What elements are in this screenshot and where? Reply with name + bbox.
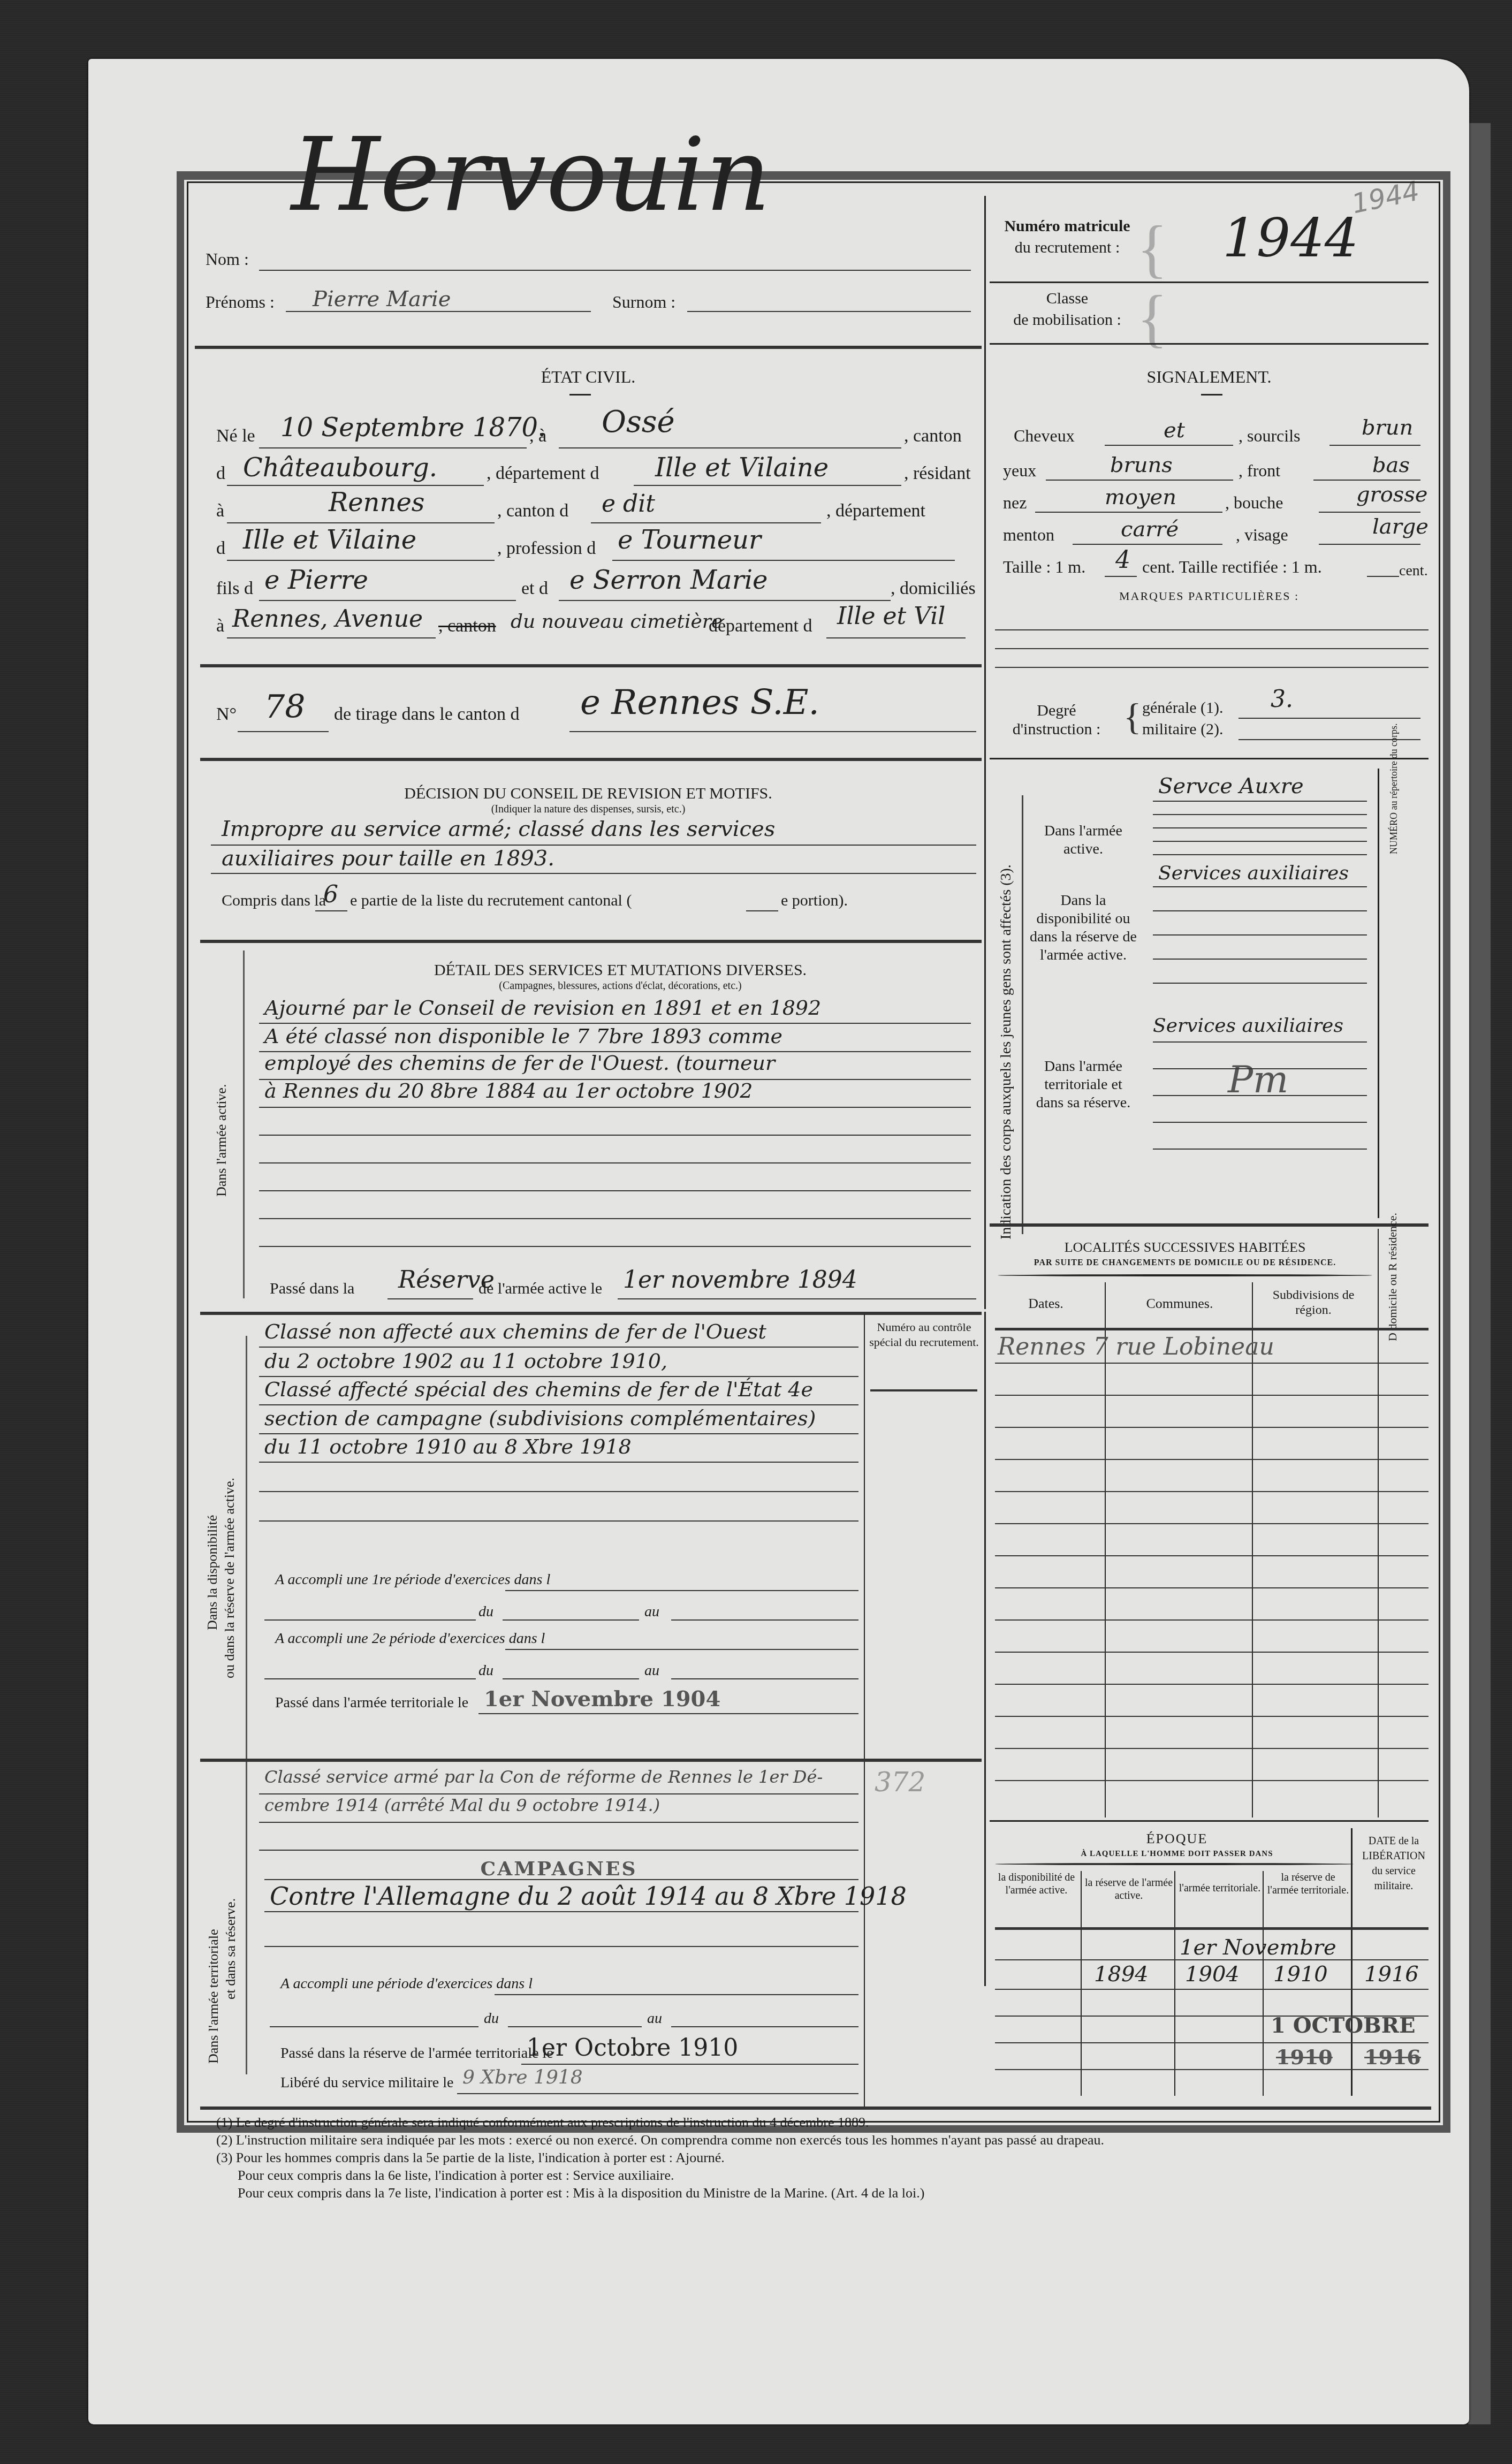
marques-line-2 <box>995 648 1429 649</box>
generale-value: 3. <box>1271 686 1293 713</box>
services-rule-8 <box>259 1218 971 1219</box>
aff-dispo-line-2 <box>1153 910 1367 911</box>
localites-header-rule <box>995 1328 1429 1330</box>
passe-reserve-date: 1er novembre 1894 <box>623 1266 857 1294</box>
affectation-side-brace <box>1022 795 1023 1234</box>
dispo-rule-2 <box>259 1376 858 1377</box>
nez-label: nez <box>1003 493 1027 513</box>
epoque-stamp-octobre: 1 OCTOBRE <box>1271 2013 1416 2038</box>
localites-row-rule-2 <box>995 1395 1429 1396</box>
canton3-label-struck: , canton <box>438 616 496 636</box>
instruction-brace: { <box>1123 696 1142 739</box>
column-divider <box>984 196 986 1309</box>
aff-dispo-line-5 <box>1153 983 1367 984</box>
territoriale-periode-label: A accompli une période d'exercices dans … <box>280 1975 533 1993</box>
a-label: , à <box>529 426 546 446</box>
father-value: e Pierre <box>264 565 368 595</box>
campagnes-title: CAMPAGNES <box>259 1858 858 1880</box>
epoque-value-territoriale: 1904 <box>1185 1962 1240 1987</box>
affectation-disponibilite-label: Dans la disponibilité ou dans la réserve… <box>1030 892 1137 964</box>
affectation-divider <box>990 1223 1429 1227</box>
front-value: bas <box>1372 453 1410 477</box>
surnom-underline <box>687 311 971 312</box>
affectation-active-label: Dans l'armée active. <box>1030 822 1137 858</box>
footnote-3: (3) Pour les hommes compris dans la 5e p… <box>216 2150 725 2166</box>
canton2-underline <box>591 522 821 523</box>
localites-row-rule-8 <box>995 1587 1429 1588</box>
services-subtitle: (Campagnes, blessures, actions d'éclat, … <box>259 980 982 992</box>
campagne-line: Contre l'Allemagne du 2 août 1914 au 8 X… <box>270 1882 907 1911</box>
aff-terr-line-2 <box>1153 1068 1367 1069</box>
territoriale-pencil-number: 372 <box>875 1767 925 1798</box>
affectation-disponibilite-value: Services auxiliaires <box>1158 862 1349 884</box>
localites-row-rule-6 <box>995 1523 1429 1524</box>
epoque-flourish <box>995 1863 1354 1865</box>
departement3-value: Ille et Vil <box>837 603 945 630</box>
mere-label: et d <box>521 579 548 599</box>
territoriale-periode-underline <box>495 1994 858 1995</box>
prenoms-label: Prénoms : <box>206 292 275 312</box>
profession-label: , profession d <box>497 538 596 559</box>
front-underline <box>1313 480 1420 481</box>
canton-label: , canton <box>904 426 962 446</box>
localites-row-rule-14 <box>995 1780 1429 1781</box>
epoque-vrule-3 <box>1263 1871 1264 2096</box>
matricule-divider <box>990 282 1429 283</box>
adjacent-page-edge <box>1467 123 1491 2424</box>
epoque-vrule-4 <box>1351 1828 1353 2096</box>
affectation-active-value: Servce Auxre <box>1158 774 1304 798</box>
territoriale-du: du <box>484 2010 499 2027</box>
epoque-vrule-2 <box>1174 1871 1175 2096</box>
cent-label: cent. <box>1399 562 1428 580</box>
nom-label: Nom : <box>206 249 249 269</box>
numero-controle-label: Numéro au contrôle spécial du recrutemen… <box>867 1320 982 1350</box>
sourcils-underline <box>1329 445 1420 446</box>
passe-reserve-terr-label: Passé dans la réserve de l'armée territo… <box>280 2045 553 2062</box>
taille-value: 4 <box>1115 546 1130 574</box>
aff-dispo-line-3 <box>1153 934 1367 936</box>
departement3-label: département d <box>709 616 812 636</box>
services-rule-1 <box>259 1023 971 1024</box>
portion-label: e portion). <box>781 892 848 910</box>
numero-controle-divider <box>864 1314 865 1817</box>
passe-reserve-terr-value: 1er Octobre 1910 <box>527 2034 738 2062</box>
col-subdivisions: Subdivisions de région. <box>1255 1288 1372 1318</box>
territoriale-au-after <box>671 2026 858 2027</box>
nez-value: moyen <box>1105 485 1176 509</box>
campagnes-rule-1 <box>264 1879 858 1880</box>
localites-row-rule-5 <box>995 1491 1429 1492</box>
domicile-value: Rennes, Avenue <box>232 605 423 633</box>
domicile-underline <box>227 637 436 638</box>
localites-row-rule-7 <box>995 1555 1429 1556</box>
birthplace-value: Ossé <box>602 405 675 439</box>
campagnes-rule-3 <box>264 1946 858 1947</box>
footnote-3-num: (3) <box>216 2150 232 2165</box>
departement2-value: Ille et Vilaine <box>243 525 416 555</box>
cheveux-underline <box>1105 445 1233 446</box>
compris-value: 6 <box>323 881 338 908</box>
father-underline <box>259 600 516 601</box>
taille-label: Taille : 1 m. <box>1003 557 1085 577</box>
dispo-line-1: Classé non affecté aux chemins de fer de… <box>264 1320 766 1343</box>
dispo-line-3: Classé affecté spécial des chemins de fe… <box>264 1378 813 1401</box>
dispo-line-2: du 2 octobre 1902 au 11 octobre 1910, <box>264 1349 667 1373</box>
passe-reserve-terr-underline <box>521 2064 858 2065</box>
tirage-no-value: 78 <box>264 688 305 726</box>
territoriale-side-label-2: et dans sa réserve. <box>223 1898 239 1999</box>
yeux-underline <box>1046 480 1233 481</box>
decision-line-2: auxiliaires pour taille en 1893. <box>222 846 554 871</box>
profession-underline <box>612 560 955 561</box>
yeux-label: yeux <box>1003 461 1036 481</box>
epoque-vrule-1 <box>1081 1871 1082 2096</box>
decision-line-1-rule <box>211 845 976 846</box>
affectation-territoriale-value: Services auxiliaires <box>1153 1015 1343 1037</box>
prenoms-underline <box>286 311 591 312</box>
sourcils-label: , sourcils <box>1239 426 1301 446</box>
footnote-2-num: (2) <box>216 2132 232 2148</box>
aff-terr-line-5 <box>1153 1149 1367 1150</box>
canton-underline <box>227 485 484 486</box>
departement-label: , département d <box>487 463 599 484</box>
epoque-col-date-liberation: DATE de la LIBÉRATION du service militai… <box>1356 1834 1431 1893</box>
footnote-1-text: Le degré d'instruction générale sera ind… <box>236 2115 869 2130</box>
departement-value: Ille et Vilaine <box>655 453 829 483</box>
degre-label-1: Degré <box>998 702 1115 720</box>
birthplace-underline <box>559 447 901 448</box>
decision-line-2-rule <box>211 873 976 874</box>
territoriale-rule-2 <box>259 1822 858 1823</box>
col-domicile-residence: D domicile ou R résidence. <box>1386 1213 1400 1341</box>
territoriale-numero-divider <box>864 1764 865 2106</box>
departement2-label: , département <box>826 501 925 521</box>
footnote-4: Pour ceux compris dans la 6e liste, l'in… <box>238 2168 674 2184</box>
services-title: DÉTAIL DES SERVICES ET MUTATIONS DIVERSE… <box>259 961 982 979</box>
epoque-handwritten-label: 1er Novembre <box>1180 1935 1336 1960</box>
bouche-underline <box>1319 512 1420 513</box>
tirage-no-underline <box>238 731 329 732</box>
footnote-4-text: Pour ceux compris dans la 6e liste, l'in… <box>238 2168 674 2183</box>
canton2-label: , canton d <box>497 501 568 521</box>
militaire-label: militaire (2). <box>1142 720 1224 739</box>
periode-2-au-after <box>671 1678 858 1679</box>
marques-line-1 <box>995 629 1429 630</box>
numero-column-divider <box>1378 769 1379 1218</box>
epoque-row-rule-2 <box>995 1989 1429 1990</box>
tirage-canton-label: de tirage dans le canton d <box>334 704 519 725</box>
header-divider <box>195 346 982 349</box>
epoque-row-rule-5 <box>995 2069 1429 2070</box>
periode-2-du-after <box>503 1678 639 1679</box>
classe-divider <box>990 343 1429 345</box>
aff-active-line-4 <box>1153 841 1367 842</box>
campagnes-rule-2 <box>264 1911 858 1912</box>
territoriale-line-1: Classé service armé par la Con de réform… <box>264 1767 823 1787</box>
epoque-col-reserve-territoriale: la réserve de l'armée territoriale. <box>1265 1871 1351 1897</box>
passe-reserve-date-underline <box>618 1298 976 1299</box>
footnote-1-num: (1) <box>216 2115 232 2130</box>
nez-underline <box>1035 512 1222 513</box>
dispo-rule-7 <box>259 1520 858 1522</box>
departement2-prefix: d <box>216 538 225 559</box>
degre-label-2: d'instruction : <box>998 720 1115 739</box>
nom-underline <box>259 270 971 271</box>
services-line-4: à Rennes du 20 8bre 1884 au 1er octobre … <box>264 1079 753 1102</box>
disponibilite-side-brace <box>246 1336 247 1817</box>
marques-title: MARQUES PARTICULIÈRES : <box>990 589 1429 603</box>
portion-underline <box>746 910 778 911</box>
menton-label: menton <box>1003 525 1054 545</box>
services-rule-7 <box>259 1190 971 1191</box>
classe-label-1: Classe <box>1003 290 1131 308</box>
libere-label: Libéré du service militaire le <box>280 2074 453 2092</box>
affectation-side-title: Indication des corps auxquels les jeunes… <box>998 864 1015 1239</box>
decision-line-1: Impropre au service armé; classé dans le… <box>222 817 775 841</box>
tirage-canton-underline <box>569 731 976 732</box>
departement-underline <box>634 485 901 486</box>
epoque-value-reserve-territoriale: 1910 <box>1273 1962 1328 1987</box>
tirage-divider <box>200 758 982 761</box>
localites-row-rule-12 <box>995 1716 1429 1717</box>
territoriale-au: au <box>647 2010 662 2027</box>
services-line-2: A été classé non disponible le 7 7bre 18… <box>264 1024 782 1048</box>
generale-underline <box>1239 718 1420 719</box>
canton2-value: e dit <box>602 490 655 518</box>
localites-row-rule-4 <box>995 1459 1429 1460</box>
libere-underline <box>457 2093 858 2094</box>
residant-label: , résidant <box>904 463 971 484</box>
periode-2-label: A accompli une 2e période d'exercices da… <box>275 1630 545 1647</box>
profession-value: e Tourneur <box>618 525 761 555</box>
compris-underline <box>315 910 347 911</box>
registre-matricule-form: Nom : Hervouin Prénoms : Pierre Marie Su… <box>177 171 1450 2133</box>
footnote-3-text: Pour les hommes compris dans la 5e parti… <box>236 2150 725 2165</box>
affectation-territoriale-label: Dans l'armée territoriale et dans sa rés… <box>1030 1058 1137 1112</box>
aff-active-line-3 <box>1153 827 1367 828</box>
domicilies-label: , domiciliés <box>891 579 976 599</box>
territoriale-side-label-1: Dans l'armée territoriale <box>206 1929 222 2064</box>
footnote-2-text: L'instruction militaire sera indiquée pa… <box>236 2132 1104 2148</box>
menton-underline <box>1073 544 1222 545</box>
epoque-col-disponibilite: la disponibilité de l'armée active. <box>992 1871 1081 1897</box>
epoque-subtitle: À LAQUELLE L'HOMME DOIT PASSER DANS <box>990 1850 1364 1859</box>
visage-label: , visage <box>1236 525 1288 545</box>
matricule-brace: { <box>1137 212 1168 286</box>
localites-row-rule-9 <box>995 1619 1429 1621</box>
visage-underline <box>1319 544 1420 545</box>
aff-terr-line-1 <box>1153 1041 1367 1043</box>
localite-row-1: Rennes 7 rue Lobineau <box>998 1333 1274 1360</box>
epoque-col-territoriale: l'armée territoriale. <box>1177 1882 1263 1895</box>
epoque-row-rule-4 <box>995 2042 1429 2043</box>
periode-1-du: du <box>478 1603 493 1621</box>
visage-value: large <box>1372 514 1429 539</box>
bouche-value: grosse <box>1356 482 1428 507</box>
dispo-rule-4 <box>259 1433 858 1434</box>
localites-flourish <box>998 1274 1372 1276</box>
disponibilite-side-label-1: Dans la disponibilité <box>204 1515 221 1630</box>
services-rule-5 <box>259 1135 971 1136</box>
aff-terr-line-4 <box>1153 1122 1367 1123</box>
footnote-2: (2) L'instruction militaire sera indiqué… <box>216 2132 1104 2148</box>
etat-civil-divider <box>200 664 982 667</box>
periode-1-du-after <box>503 1619 639 1621</box>
taille-underline <box>1105 576 1137 577</box>
mother-value: e Serron Marie <box>569 565 768 595</box>
numero-repertoire-label: NUMÉRO au répertoire du corps. <box>1388 724 1400 854</box>
title-dash <box>569 394 591 396</box>
periode-2-du: du <box>478 1662 493 1679</box>
taille-rectifiee-label: cent. Taille rectifiée : 1 m. <box>1142 557 1322 577</box>
dispo-rule-6 <box>259 1491 858 1492</box>
tirage-canton-value: e Rennes S.E. <box>580 683 819 723</box>
epoque-stamp-1916: 1916 <box>1364 2045 1421 2069</box>
epoque-value-reserve-active: 1894 <box>1094 1962 1149 1987</box>
passe-territoriale-underline <box>478 1713 858 1714</box>
services-side-brace <box>243 950 245 1298</box>
decision-subtitle: (Indiquer la nature des dispenses, sursi… <box>195 803 982 816</box>
matricule-value: 1944 <box>1222 207 1359 269</box>
epoque-row-rule-1 <box>995 1959 1429 1960</box>
generale-label: générale (1). <box>1142 699 1224 717</box>
passe-reserve-label: Passé dans la <box>270 1280 354 1298</box>
cheveux-label: Cheveux <box>1014 426 1075 446</box>
bouche-label: , bouche <box>1225 493 1283 513</box>
services-line-1: Ajourné par le Conseil de revision en 18… <box>264 996 821 1020</box>
cheveux-value: et <box>1164 418 1185 443</box>
matricule-label-2: du recrutement : <box>1003 239 1131 257</box>
passe-reserve-underline <box>388 1298 473 1299</box>
ne-le-label: Né le <box>216 426 255 446</box>
services-rule-6 <box>259 1162 971 1163</box>
prenoms-value: Pierre Marie <box>313 287 451 311</box>
aff-active-line-1 <box>1153 801 1367 802</box>
passe-territoriale-label: Passé dans l'armée territoriale le <box>275 1694 468 1712</box>
aff-dispo-line-4 <box>1153 959 1367 960</box>
ne-le-value: 10 Septembre 1870. <box>280 413 546 443</box>
territoriale-line-2: cembre 1914 (arrêté Mal du 9 octobre 191… <box>264 1795 660 1815</box>
aff-active-line-5 <box>1153 854 1367 855</box>
col-dates: Dates. <box>992 1296 1099 1312</box>
epoque-title: ÉPOQUE <box>990 1831 1364 1847</box>
territoriale-rule-1 <box>259 1793 858 1794</box>
epoque-value-liberation: 1916 <box>1364 1962 1419 1987</box>
decision-title: DÉCISION DU CONSEIL DE REVISION ET MOTIF… <box>195 785 982 803</box>
fils-label: fils d <box>216 579 253 599</box>
periode-2-underline <box>505 1649 858 1650</box>
epoque-header-rule <box>995 1927 1429 1930</box>
decision-divider <box>200 940 982 943</box>
surnom-label: Surnom : <box>612 292 675 312</box>
residant-value: Rennes <box>329 488 424 518</box>
compris-label: Compris dans la <box>222 892 326 910</box>
libere-value: 9 Xbre 1918 <box>462 2066 583 2088</box>
matricule-label-1: Numéro matricule <box>1003 217 1131 235</box>
departement2-underline <box>227 560 495 561</box>
territoriale-rule-3 <box>259 1850 858 1851</box>
aff-dispo-line-1 <box>1153 886 1367 887</box>
etat-civil-title: ÉTAT CIVIL. <box>195 367 982 387</box>
dispo-line-5: du 11 octobre 1910 au 8 Xbre 1918 <box>264 1435 632 1458</box>
departement3-underline <box>826 637 966 638</box>
marques-line-3 <box>995 667 1429 668</box>
column-divider-lower <box>984 1312 986 1986</box>
epoque-col-reserve-active: la réserve de l'armée active. <box>1083 1876 1174 1902</box>
periode-1-underline <box>505 1590 858 1591</box>
front-label: , front <box>1239 461 1280 481</box>
localites-row-rule-13 <box>995 1748 1429 1749</box>
services-rule-9 <box>259 1246 971 1247</box>
services-rule-4 <box>259 1107 971 1108</box>
numero-controle-rule <box>870 1389 977 1391</box>
localites-subtitle: PAR SUITE DE CHANGEMENTS DE DOMICILE OU … <box>990 1258 1380 1268</box>
domicile-prefix: à <box>216 616 224 636</box>
yeux-value: bruns <box>1110 453 1173 477</box>
services-side-label: Dans l'armée active. <box>214 1084 230 1197</box>
sourcils-value: brun <box>1362 415 1413 440</box>
footnotes-divider <box>200 2106 1431 2110</box>
dispo-line-4: section de campagne (subdivisions complé… <box>264 1406 816 1430</box>
periode-1-du-before <box>264 1619 476 1621</box>
footnote-5: Pour ceux compris dans la 7e liste, l'in… <box>238 2185 924 2201</box>
compris-rest: e partie de la liste du recrutement cant… <box>350 892 632 910</box>
periode-2-du-before <box>264 1678 476 1679</box>
disponibilite-side-label-2: ou dans la réserve de l'armée active. <box>222 1478 238 1678</box>
passe-territoriale-value: 1er Novembre 1904 <box>484 1686 720 1712</box>
col-communes: Communes. <box>1110 1296 1249 1312</box>
taille-rectifiee-underline <box>1367 576 1399 577</box>
residant-prefix: à <box>216 501 224 521</box>
canton-value: Châteaubourg. <box>243 453 437 483</box>
periode-1-au: au <box>644 1603 659 1621</box>
epoque-stamp-1910: 1910 <box>1276 2045 1333 2069</box>
services-line-3: employé des chemins de fer de l'Ouest. (… <box>264 1051 775 1075</box>
territoriale-du-after <box>508 2026 642 2027</box>
disponibilite-divider <box>200 1759 982 1762</box>
footnote-1: (1) Le degré d'instruction générale sera… <box>216 2115 869 2131</box>
classe-label-2: de mobilisation : <box>1003 311 1131 329</box>
periode-1-label: A accompli une 1re période d'exercices d… <box>275 1571 550 1588</box>
localites-row-rule-11 <box>995 1684 1429 1685</box>
epoque-top-divider <box>990 1820 1429 1822</box>
mother-underline <box>559 600 891 601</box>
periode-2-au: au <box>644 1662 659 1679</box>
localites-title: LOCALITÉS SUCCESSIVES HABITÉES <box>990 1239 1380 1256</box>
territoriale-du-before <box>270 2026 478 2027</box>
menton-value: carré <box>1121 517 1179 542</box>
title-dash <box>1201 394 1222 396</box>
passe-reserve-mid: de l'armée active le <box>478 1280 602 1298</box>
territoriale-side-brace <box>246 1769 247 2074</box>
dispo-rule-3 <box>259 1404 858 1405</box>
tirage-no-label: N° <box>216 704 237 725</box>
footnote-5-text: Pour ceux compris dans la 7e liste, l'in… <box>238 2185 924 2201</box>
residant-underline <box>227 522 495 523</box>
instruction-divider <box>990 758 1429 759</box>
periode-1-au-after <box>671 1619 858 1621</box>
localites-row-rule-1 <box>995 1363 1429 1364</box>
signalement-title: SIGNALEMENT. <box>990 367 1429 387</box>
canton-prefix: d <box>216 463 225 484</box>
localites-row-rule-3 <box>995 1427 1429 1428</box>
dispo-rule-1 <box>259 1347 858 1348</box>
nom-value: Hervouin <box>291 116 771 234</box>
dispo-rule-5 <box>259 1462 858 1463</box>
canton3-value: du nouveau cimetière <box>511 611 723 633</box>
localites-row-rule-10 <box>995 1652 1429 1653</box>
